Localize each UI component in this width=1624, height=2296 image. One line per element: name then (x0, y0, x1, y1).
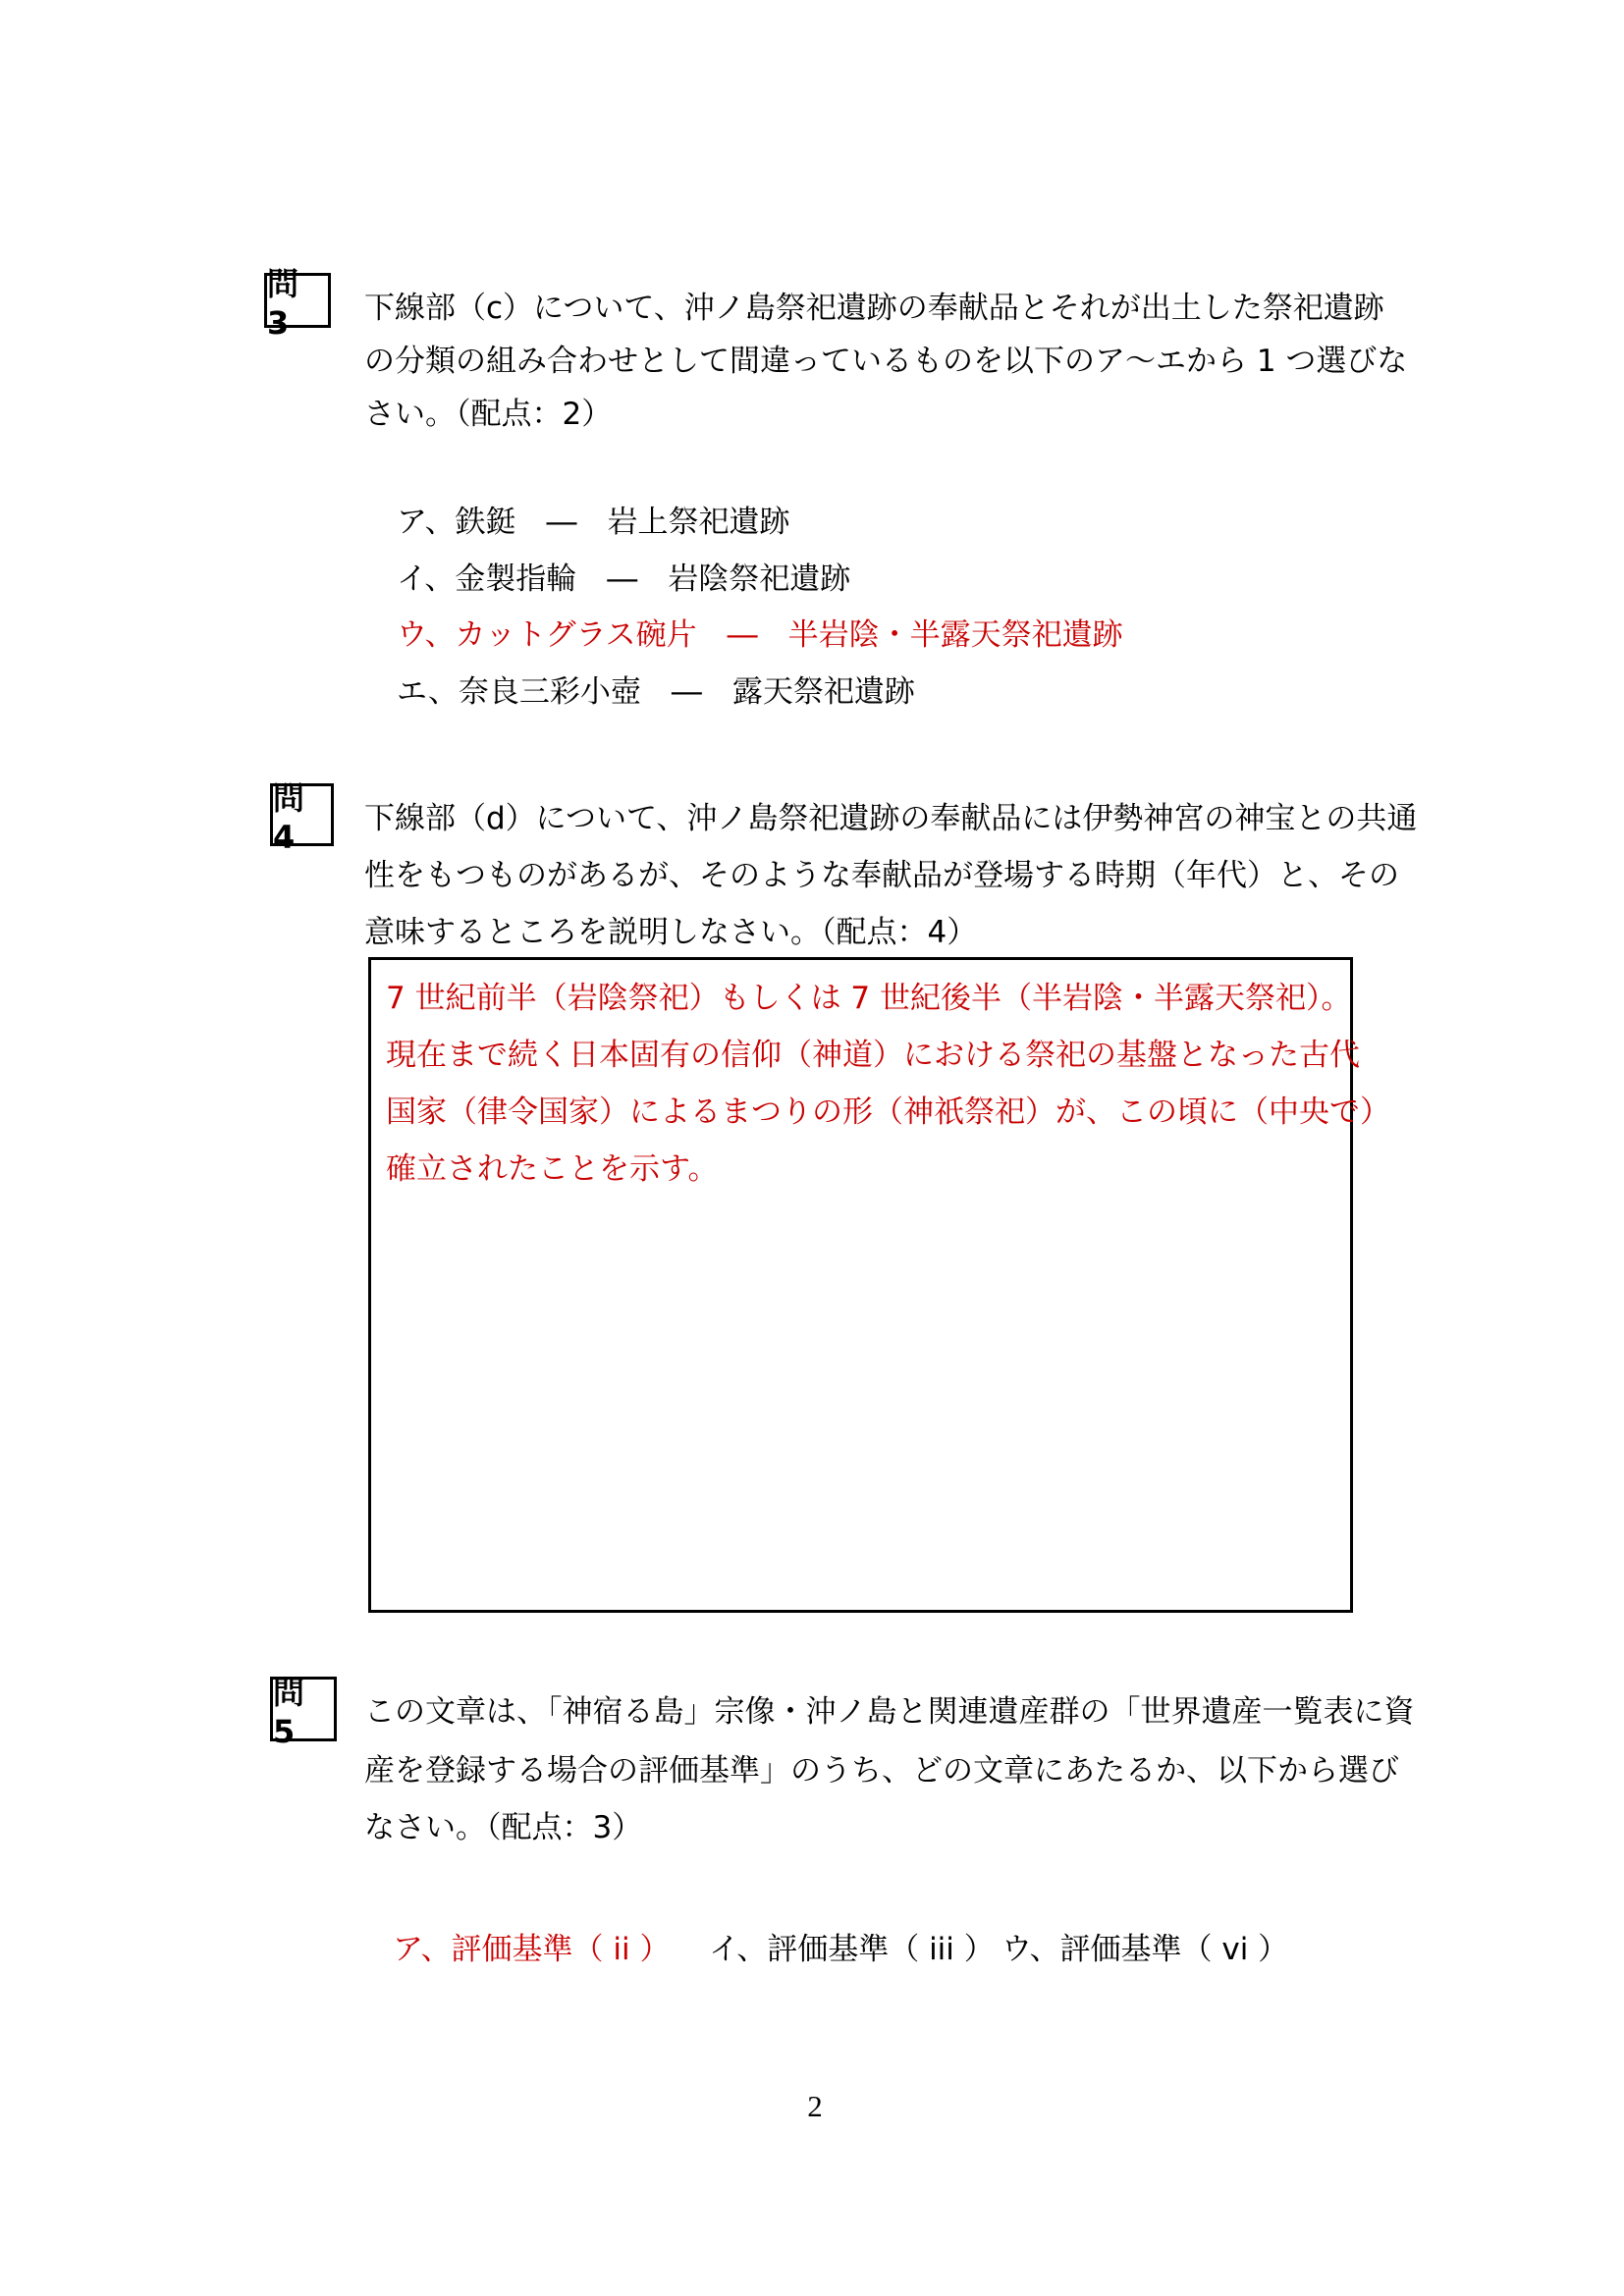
document-page: 問 3 下線部（c）について、沖ノ島祭祀遺跡の奉献品とそれが出土した祭祀遺跡 の… (0, 0, 1624, 2296)
q3-option-e: エ、奈良三彩小壺 ― 露天祭祀遺跡 (397, 672, 915, 712)
q4-answer-line: 国家（律令国家）によるまつりの形（神祇祭祀）が、この頃に（中央で） (386, 1093, 1390, 1132)
q5-text-line: なさい。（配点：3） (364, 1808, 642, 1847)
q3-option-i: イ、金製指輪 ― 岩陰祭祀遺跡 (397, 560, 850, 599)
q4-answer-line: 現在まで続く日本固有の信仰（神道）における祭祀の基盤となった古代 (386, 1036, 1360, 1075)
q4-text-line: 下線部（d）について、沖ノ島祭祀遺跡の奉献品には伊勢神宮の神宝との共通 (364, 799, 1417, 838)
q5-text-line: 産を登録する場合の評価基準」のうち、どの文章にあたるか、以下から選び (364, 1751, 1399, 1790)
page-number: 2 (756, 2089, 874, 2124)
q3-text-line: の分類の組み合わせとして間違っているものを以下のア～エから 1 つ選びな (364, 342, 1407, 381)
q4-label: 問 4 (270, 783, 334, 846)
q5-text-line: この文章は、「神宿る島」宗像・沖ノ島と関連遺産群の「世界遺産一覧表に資 (364, 1692, 1415, 1732)
q4-answer-line: 確立されたことを示す。 (386, 1149, 719, 1189)
q3-option-u-answer: ウ、カットグラス碗片 ― 半岩陰・半露天祭祀遺跡 (397, 615, 1123, 655)
q5-option-i: イ、評価基準（ iii ） (709, 1930, 995, 1969)
q5-label: 問 5 (270, 1677, 337, 1741)
q5-option-u: ウ、評価基準（ vi ） (1001, 1930, 1288, 1969)
q4-answer-line: 7 世紀前半（岩陰祭祀）もしくは 7 世紀後半（半岩陰・半露天祭祀）。 (386, 979, 1352, 1018)
q3-label: 問 3 (264, 273, 331, 328)
q3-text-line: 下線部（c）について、沖ノ島祭祀遺跡の奉献品とそれが出土した祭祀遺跡 (364, 289, 1384, 328)
q4-text-line: 意味するところを説明しなさい。（配点：4） (364, 913, 977, 952)
q4-text-line: 性をもつものがあるが、そのような奉献品が登場する時期（年代）と、その (364, 856, 1399, 895)
q5-option-a-answer: ア、評価基準（ ii ） (393, 1930, 670, 1969)
q3-text-line: さい。（配点：2） (364, 395, 612, 434)
q3-option-a: ア、鉄鋌 ― 岩上祭祀遺跡 (397, 503, 790, 542)
